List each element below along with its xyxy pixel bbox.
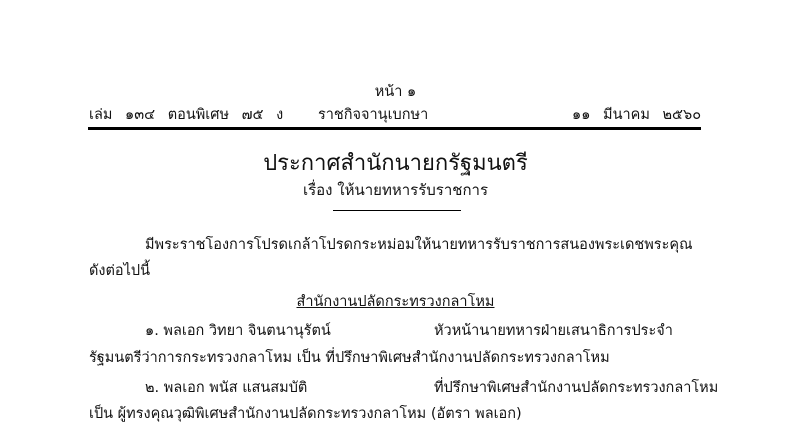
item-2-position-continued: เป็น ผู้ทรงคุณวุฒิพิเศษสำนักงานปลัดกระทร…	[89, 402, 522, 425]
header-rule	[88, 127, 701, 130]
item-2-position: ที่ปรึกษาพิเศษสำนักงานปลัดกระทรวงกลาโหม	[434, 376, 718, 399]
publication-date: ๑๑ มีนาคม ๒๕๖๐	[572, 103, 701, 126]
document-subject: เรื่อง ให้นายทหารรับราชการ	[0, 178, 791, 202]
item-1-position: หัวหน้านายทหารฝ่ายเสนาธิการประจำ	[434, 319, 673, 342]
volume-issue: เล่ม ๑๓๔ ตอนพิเศษ ๗๕ ง	[89, 103, 283, 126]
document-title: ประกาศสำนักนายกรัฐมนตรี	[0, 145, 791, 180]
intro-paragraph: มีพระราชโองการโปรดเกล้าโปรดกระหม่อมให้นา…	[145, 233, 693, 256]
title-divider	[333, 210, 461, 211]
gazette-name: ราชกิจจานุเบกษา	[318, 103, 428, 126]
section-heading: สำนักงานปลัดกระทรวงกลาโหม	[0, 290, 791, 313]
item-1-position-continued: รัฐมนตรีว่าการกระทรวงกลาโหม เป็น ที่ปรึก…	[89, 346, 610, 369]
item-1-name: ๑. พลเอก วิทยา จินตนานุรัตน์	[145, 319, 331, 342]
intro-paragraph-continued: ดังต่อไปนี้	[89, 259, 150, 282]
item-2-name: ๒. พลเอก พนัส แสนสมบัติ	[145, 376, 307, 399]
page-number: หน้า ๑	[0, 80, 791, 103]
